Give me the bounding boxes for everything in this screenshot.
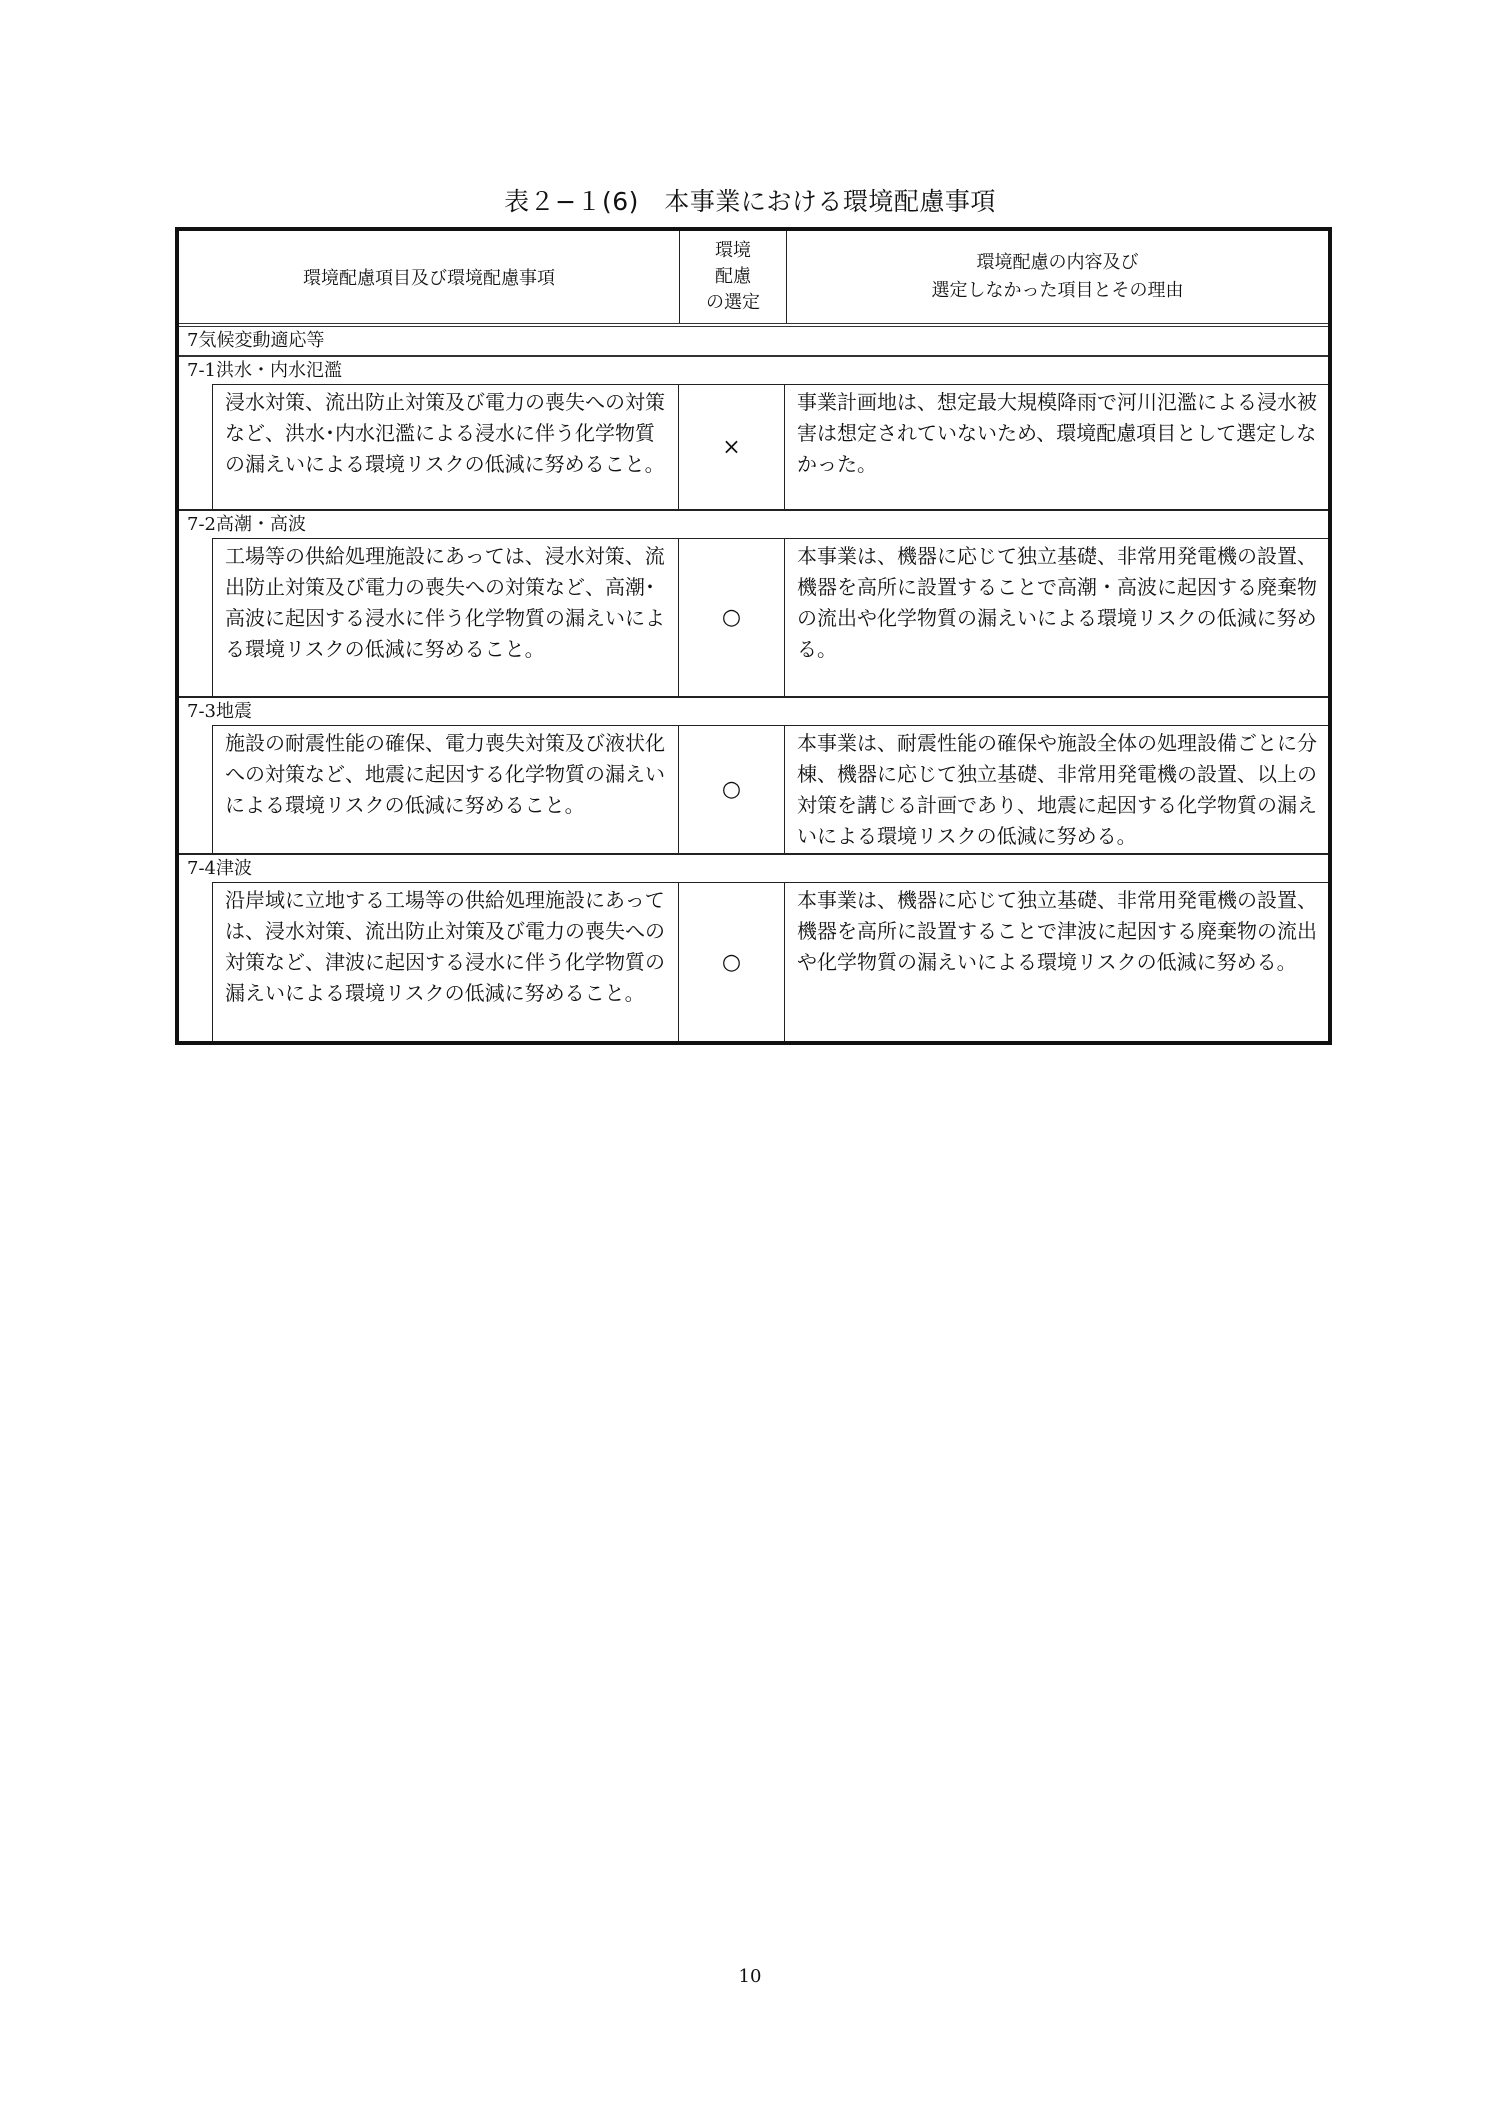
requirement-cell: 浸水対策、流出防止対策及び電力の喪失への対策など、洪水･内水氾濫による浸水に伴う… <box>212 385 679 509</box>
selection-mark: ○ <box>679 726 785 853</box>
header-selection-line: 配慮 <box>715 264 751 290</box>
header-selection-line: 環境 <box>715 238 751 264</box>
reason-cell: 本事業は、機器に応じて独立基礎、非常用発電機の設置、機器を高所に設置することで高… <box>785 539 1328 696</box>
subcategory-heading: 7-3地震 <box>179 696 1328 725</box>
table-row: 浸水対策、流出防止対策及び電力の喪失への対策など、洪水･内水氾濫による浸水に伴う… <box>212 384 1328 509</box>
header-selection-line: の選定 <box>706 290 760 316</box>
reason-cell: 本事業は、耐震性能の確保や施設全体の処理設備ごとに分棟、機器に応じて独立基礎、非… <box>785 726 1328 853</box>
table-title: 表２−１(6) 本事業における環境配慮事項 <box>0 182 1500 218</box>
subcategory-heading: 7-2高潮・高波 <box>179 509 1328 538</box>
subcategory-heading: 7-1洪水・内水氾濫 <box>179 357 1328 384</box>
environmental-consideration-table: 環境配慮項目及び環境配慮事項 環境 配慮 の選定 環境配慮の内容及び 選定しなか… <box>175 227 1332 1045</box>
table-header-row: 環境配慮項目及び環境配慮事項 環境 配慮 の選定 環境配慮の内容及び 選定しなか… <box>179 231 1328 327</box>
selection-mark: ○ <box>679 539 785 696</box>
reason-cell: 事業計画地は、想定最大規模降雨で河川氾濫による浸水被害は想定されていないため、環… <box>785 385 1328 509</box>
table-row: 工場等の供給処理施設にあっては、浸水対策、流出防止対策及び電力の喪失への対策など… <box>212 538 1328 696</box>
subcategory-heading: 7-4津波 <box>179 853 1328 882</box>
category-row: 7気候変動適応等 <box>179 327 1328 357</box>
selection-mark: ○ <box>679 883 785 1041</box>
requirement-cell: 施設の耐震性能の確保、電力喪失対策及び液状化への対策など、地震に起因する化学物質… <box>212 726 679 853</box>
table-row: 沿岸域に立地する工場等の供給処理施設にあっては、浸水対策、流出防止対策及び電力の… <box>212 882 1328 1041</box>
header-reason-line: 選定しなかった項目とその理由 <box>932 277 1184 305</box>
header-item: 環境配慮項目及び環境配慮事項 <box>179 231 680 323</box>
selection-mark: × <box>679 385 785 509</box>
header-reason: 環境配慮の内容及び 選定しなかった項目とその理由 <box>787 231 1328 323</box>
table-row: 施設の耐震性能の確保、電力喪失対策及び液状化への対策など、地震に起因する化学物質… <box>212 725 1328 853</box>
requirement-cell: 工場等の供給処理施設にあっては、浸水対策、流出防止対策及び電力の喪失への対策など… <box>212 539 679 696</box>
header-selection: 環境 配慮 の選定 <box>680 231 787 323</box>
page-number: 10 <box>0 1966 1500 1987</box>
header-reason-line: 環境配慮の内容及び <box>977 249 1139 277</box>
reason-cell: 本事業は、機器に応じて独立基礎、非常用発電機の設置、機器を高所に設置することで津… <box>785 883 1328 1041</box>
requirement-cell: 沿岸域に立地する工場等の供給処理施設にあっては、浸水対策、流出防止対策及び電力の… <box>212 883 679 1041</box>
